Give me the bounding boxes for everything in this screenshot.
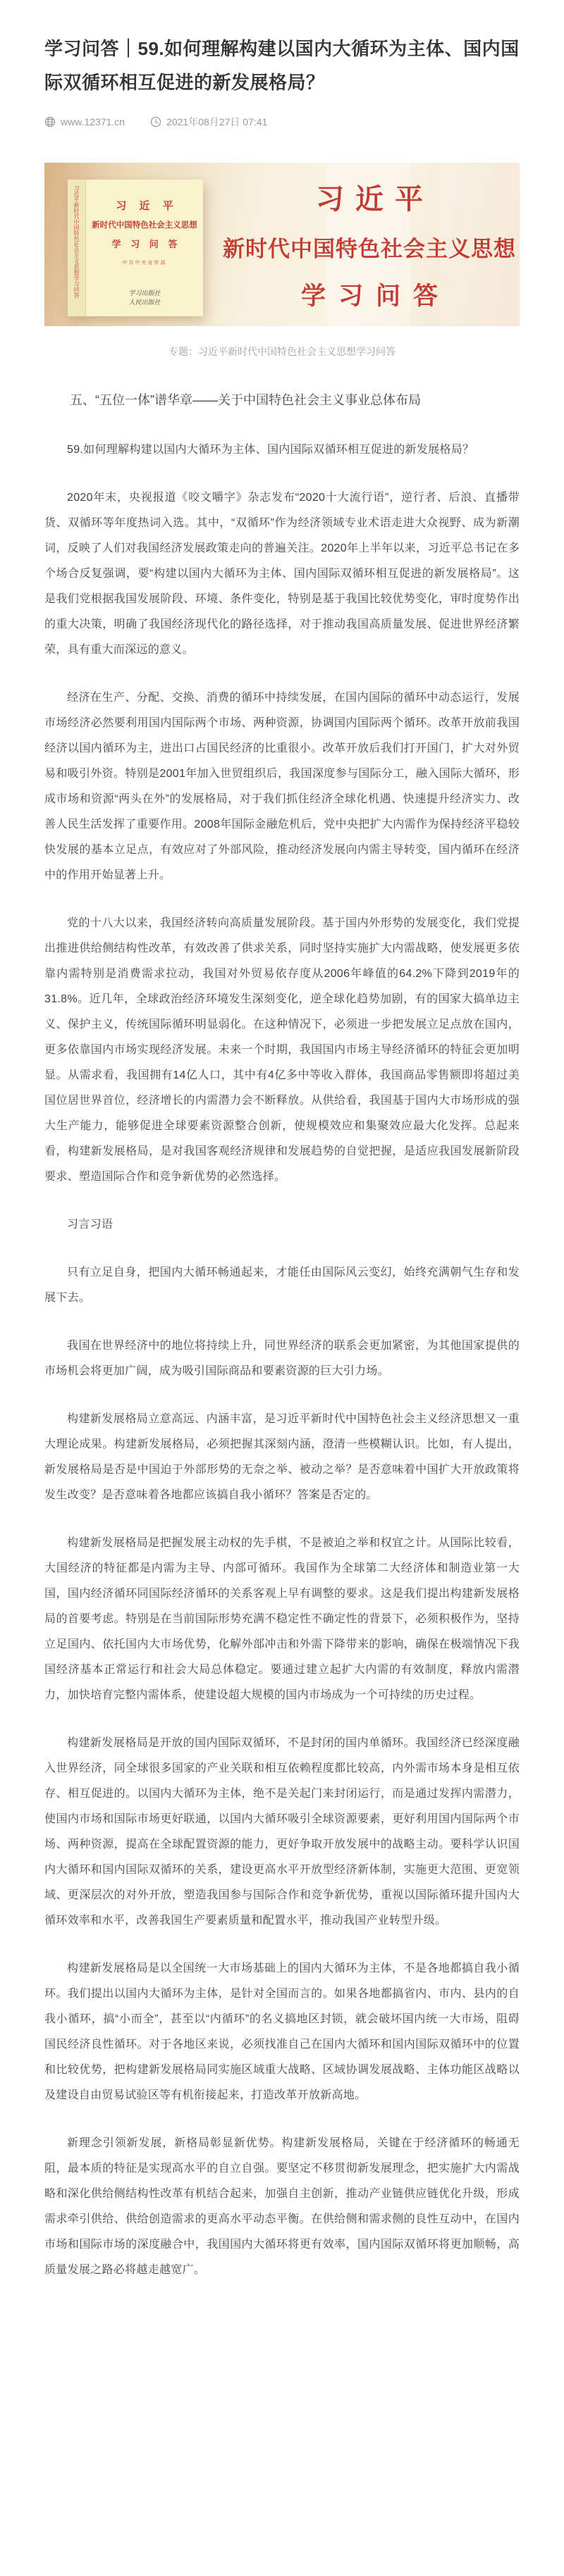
section-heading: 五、“五位一体”谱华章——关于中国特色社会主义事业总体布局 [44,391,520,409]
book-cover-note: 中共中央宣传部 [86,259,203,266]
publisher-line: 人民出版社 [86,299,203,308]
body-paragraph: 构建新发展格局是把握发展主动权的先手棋，不是被迫之举和权宜之计。从国际比较看，大… [44,1531,520,1708]
body-paragraph: 2020年末，央视报道《咬文嚼字》杂志发布“2020十大流行语”，逆行者、后浪、… [44,485,520,663]
quote-subheading: 习言习语 [44,1212,520,1238]
body-paragraph: 构建新发展格局是以全国统一大市场基础上的国内大循环为主体，不是各地都搞自我小循环… [44,1956,520,2108]
hero-caption-link[interactable]: 专题：习近平新时代中国特色社会主义思想学习问答 [44,344,520,359]
book-cover-line2: 新时代中国特色社会主义思想 [86,219,203,230]
hero-image: 习近平新时代中国特色社会主义思想学习问答 习 近 平 新时代中国特色社会主义思想… [44,163,520,326]
body-paragraph: 经济在生产、分配、交换、消费的循环中持续发展，在国内国际的循环中动态运行，发展市… [44,685,520,888]
body-paragraph: 构建新发展格局立意高远、内涵丰富，是习近平新时代中国特色社会主义经济思想又一重大… [44,1407,520,1508]
book-cover-line3: 学 习 问 答 [86,237,203,250]
book-spine-text: 习近平新时代中国特色社会主义思想学习问答 [68,180,86,316]
body-paragraph: 构建新发展格局是开放的国内国际双循环，不是封闭的国内单循环。我国经济已经深度融入… [44,1731,520,1934]
publisher-line: 学习出版社 [86,290,203,299]
page-title: 学习问答｜59.如何理解构建以国内大循环为主体、国内国际双循环相互促进的新发展格… [44,32,520,99]
meta-source: www.12371.cn [44,116,125,127]
book-front-cover: 习 近 平 新时代中国特色社会主义思想 学 习 问 答 中共中央宣传部 学习出版… [86,180,203,316]
quote-paragraph: 只有立足自身，把国内大循环畅通起来，才能任由国际风云变幻，始终充满朝气生存和发展… [44,1260,520,1311]
book-publishers: 学习出版社 人民出版社 [86,290,203,308]
book-cover-line1: 习 近 平 [86,198,203,213]
hero-figure: 习近平新时代中国特色社会主义思想学习问答 习 近 平 新时代中国特色社会主义思想… [44,163,520,359]
quote-paragraph: 我国在世界经济中的地位将持续上升，同世界经济的联系会更加紧密，为其他国家提供的市… [44,1333,520,1384]
publish-time: 2021年08月27日 07:41 [166,115,267,129]
body-paragraph: 党的十八大以来，我国经济转向高质量发展阶段。基于国内外形势的发展变化，我们党提出… [44,911,520,1190]
banner-line1: 习近平 [305,177,434,217]
hero-banner-text: 习近平 新时代中国特色社会主义思想 学习问答 [219,163,520,326]
book-cover-image: 习近平新时代中国特色社会主义思想学习问答 习 近 平 新时代中国特色社会主义思想… [68,180,203,316]
banner-line2: 新时代中国特色社会主义思想 [223,231,516,263]
source-text: www.12371.cn [61,116,125,127]
banner-line3: 学习问答 [288,277,450,312]
question-paragraph: 59.如何理解构建以国内大循环为主体、国内国际双循环相互促进的新发展格局？ [44,437,520,463]
article-meta: www.12371.cn 2021年08月27日 07:41 [44,115,520,129]
meta-time: 2021年08月27日 07:41 [150,115,267,129]
globe-icon [44,116,56,127]
body-paragraph: 新理念引领新发展，新格局彰显新优势。构建新发展格局，关键在于经济循环的畅通无阻，… [44,2131,520,2283]
article-page: 学习问答｜59.如何理解构建以国内大循环为主体、国内国际双循环相互促进的新发展格… [0,0,564,2325]
clock-icon [150,116,161,127]
